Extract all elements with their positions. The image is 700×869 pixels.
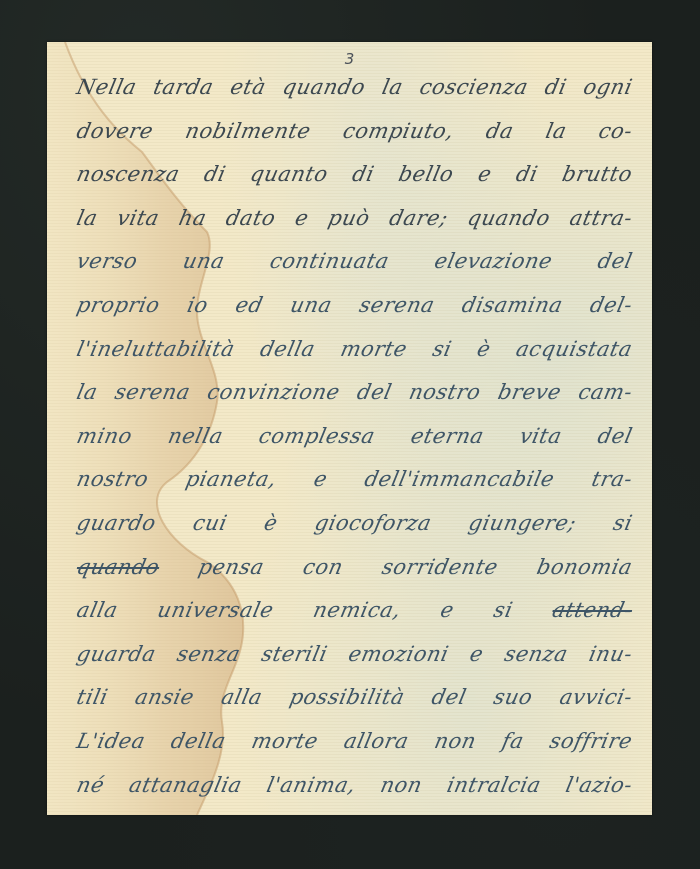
text-line-6: proprio io ed una serena disamina del- bbox=[72, 284, 636, 328]
text-line-13-main: alla universale nemica, e si bbox=[75, 598, 556, 622]
text-line-12-rest: pensa con sorridente bonomia bbox=[157, 555, 635, 579]
text-line-13: alla universale nemica, e si attend- bbox=[72, 589, 636, 633]
text-line-16: L'idea della morte allora non fa soffrir… bbox=[72, 720, 636, 764]
text-line-4: la vita ha dato e può dare; quando attra… bbox=[72, 197, 636, 241]
struck-word: quando bbox=[75, 555, 162, 579]
text-line-12: quando pensa con sorridente bonomia bbox=[72, 546, 636, 590]
text-line-11: guardo cui è giocoforza giungere; si bbox=[72, 502, 636, 546]
text-line-14: guarda senza sterili emozioni e senza in… bbox=[72, 633, 636, 677]
text-line-2: dovere nobilmente compiuto, da la co- bbox=[72, 110, 636, 154]
text-line-3: noscenza di quanto di bello e di brutto bbox=[72, 153, 636, 197]
text-line-5: verso una continuata elevazione del bbox=[72, 240, 636, 284]
text-line-7: l'ineluttabilità della morte si è acquis… bbox=[72, 328, 636, 372]
handwritten-text-body: Nella tarda età quando la coscienza di o… bbox=[77, 66, 632, 815]
text-line-17: né attanaglia l'anima, non intralcia l'a… bbox=[72, 764, 636, 808]
struck-word: attend- bbox=[550, 598, 634, 622]
text-line-9: mino nella complessa eterna vita del bbox=[72, 415, 636, 459]
letter-page: 3 Nella tarda età quando la coscienza di… bbox=[47, 42, 652, 815]
text-line-10: nostro pianeta, e dell'immancabile tra- bbox=[72, 458, 636, 502]
text-line-8: la serena convinzione del nostro breve c… bbox=[72, 371, 636, 415]
text-line-1: Nella tarda età quando la coscienza di o… bbox=[72, 66, 636, 110]
text-line-18: ne, non rende amara la restante vita bbox=[72, 807, 636, 815]
text-line-15: tili ansie alla possibilità del suo avvi… bbox=[72, 676, 636, 720]
